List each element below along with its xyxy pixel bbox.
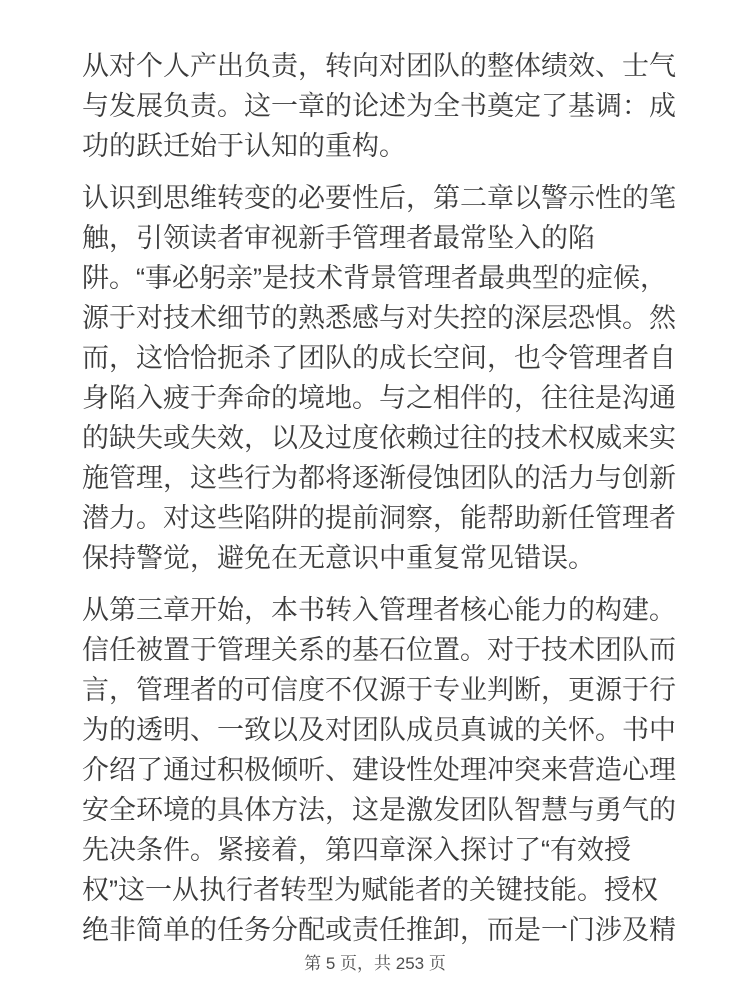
page-text-body: 从对个人产出负责，转向对团队的整体绩效、士气与发展负责。这一章的论述为全书奠定了… [82, 46, 679, 950]
paragraph-2: 认识到思维转变的必要性后，第二章以警示性的笔触，引领读者审视新手管理者最常坠入的… [82, 178, 679, 578]
paragraph-1: 从对个人产出负责，转向对团队的整体绩效、士气与发展负责。这一章的论述为全书奠定了… [82, 46, 679, 166]
page-footer: 第 5 页，共 253 页 [0, 954, 750, 974]
paragraph-3: 从第三章开始，本书转入管理者核心能力的构建。信任被置于管理关系的基石位置。对于技… [82, 590, 679, 950]
page-number-label: 第 5 页，共 253 页 [304, 954, 446, 973]
document-page: 从对个人产出负责，转向对团队的整体绩效、士气与发展负责。这一章的论述为全书奠定了… [0, 0, 750, 1000]
